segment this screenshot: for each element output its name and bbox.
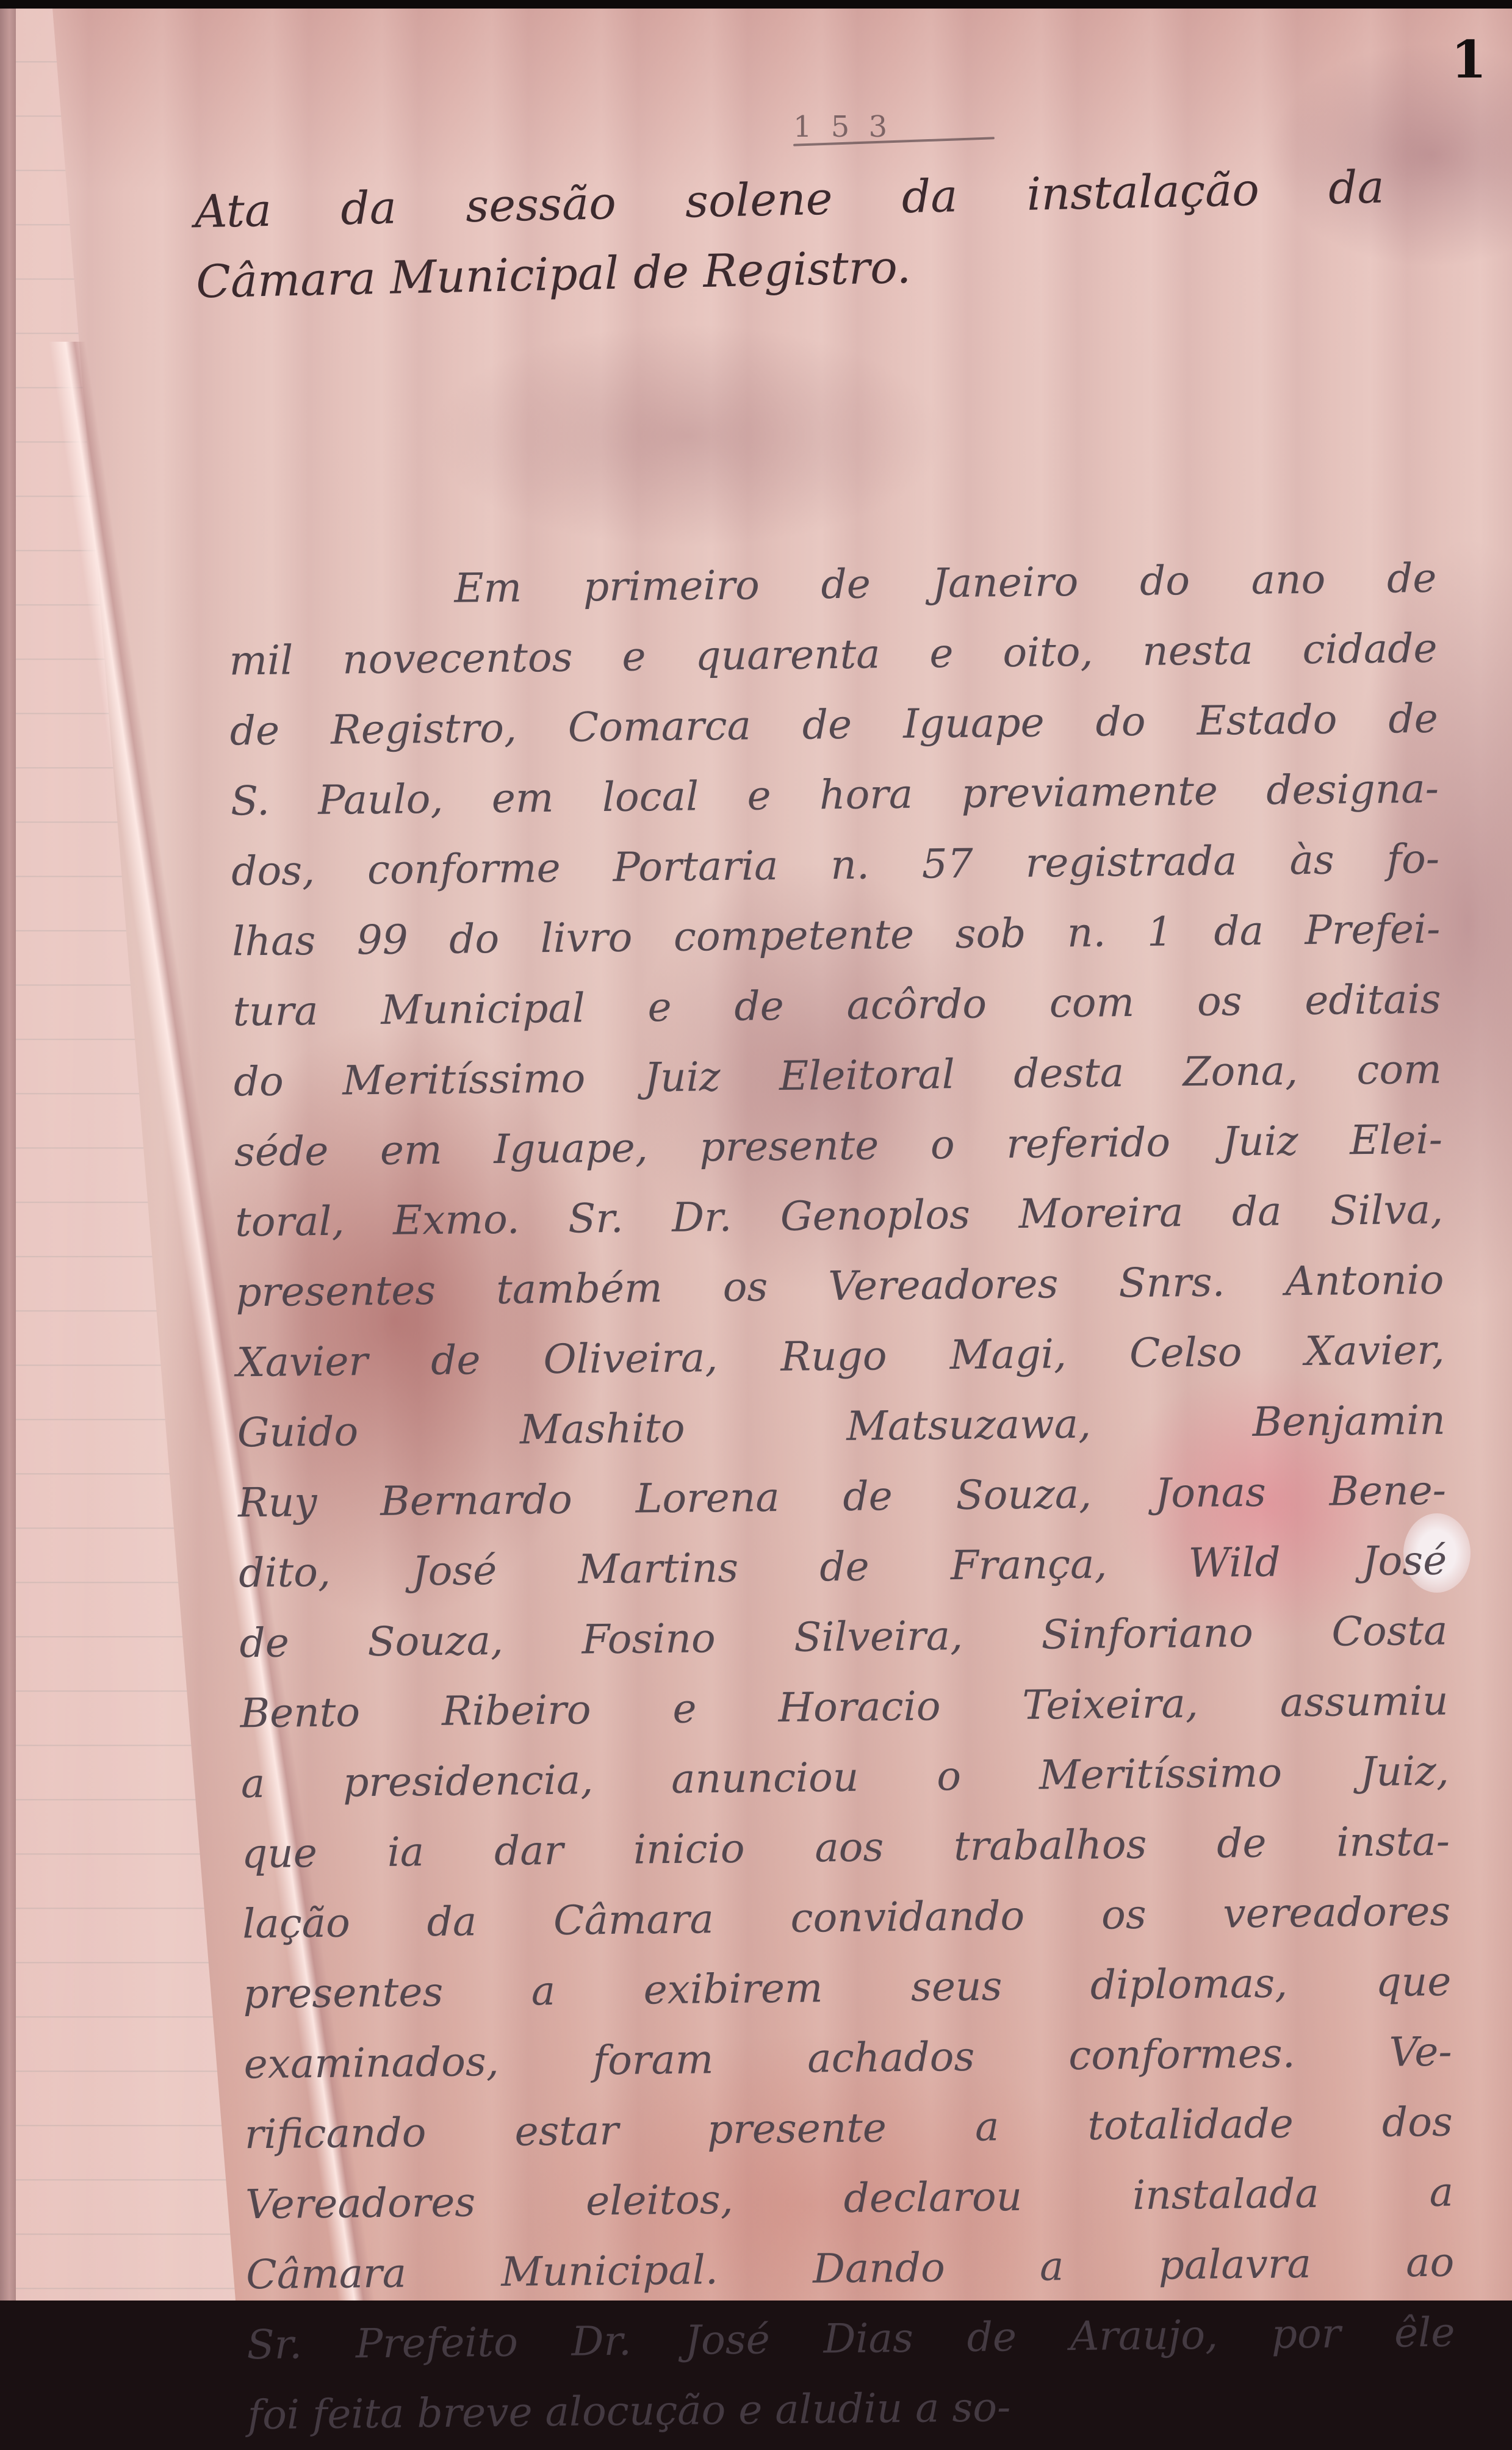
body-line: Câmara Municipal. Dando a palavra ao: [246, 2227, 1455, 2300]
body-line: séde em Iguape, presente o referido Juiz…: [234, 1104, 1442, 1187]
body-line: presentes também os Vereadores Snrs. Ant…: [236, 1245, 1444, 1328]
body-line: S. Paulo, em local e hora previamente de…: [230, 754, 1439, 837]
body-line: mil novecentos e quarenta e oito, nesta …: [229, 613, 1438, 696]
body-line: Guido Mashito Matsuzawa, Benjamin: [237, 1385, 1445, 1468]
body-line: examinados, foram achados conformes. Ve-: [243, 2017, 1452, 2100]
body-line: dos, conforme Portaria n. 57 registrada …: [231, 824, 1440, 907]
body-line: rificando estar presente a totalidade do…: [244, 2087, 1453, 2170]
body-line: de Souza, Fosino Silveira, Sinforiano Co…: [239, 1596, 1448, 1679]
body-line: dito, José Martins de França, Wild José: [239, 1526, 1447, 1609]
body-line: lação da Câmara convidando os vereadores: [242, 1876, 1451, 1959]
body-line: do Meritíssimo Juiz Eleitoral desta Zona…: [233, 1034, 1442, 1117]
body-line: que ia dar inicio aos trabalhos de insta…: [241, 1806, 1450, 1889]
document-scan: 1 1 5 3 Ata da sessão solene da instalaç…: [0, 0, 1512, 2300]
document-title: Ata da sessão solene da instalação da Câ…: [194, 153, 1386, 318]
page-number: 1: [1451, 29, 1486, 90]
body-line: a presidencia, anunciou o Meritíssimo Ju…: [240, 1736, 1449, 1819]
body-line: Xavier de Oliveira, Rugo Magi, Celso Xav…: [236, 1315, 1445, 1398]
body-line: Vereadores eleitos, declarou instalada a: [245, 2157, 1453, 2240]
folio-mark: 1 5 3: [793, 110, 1013, 146]
body-line: tura Municipal e de acôrdo com os editai…: [232, 964, 1441, 1047]
body-line: de Registro, Comarca de Iguape do Estado…: [229, 683, 1438, 766]
scan-top-border: [0, 0, 1512, 9]
document-body: Em primeiro de Janeiro do ano de mil nov…: [228, 543, 1456, 2300]
body-line: toral, Exmo. Sr. Dr. Genoplos Moreira da…: [235, 1175, 1444, 1258]
binding-spine: [0, 9, 16, 2300]
body-line: lhas 99 do livro competente sob n. 1 da …: [232, 894, 1441, 977]
body-line: Ruy Bernardo Lorena de Souza, Jonas Bene…: [237, 1455, 1446, 1538]
body-line: Bento Ribeiro e Horacio Teixeira, assumi…: [240, 1666, 1449, 1749]
body-line: Em primeiro de Janeiro do ano de: [228, 543, 1437, 626]
body-line: presentes a exibirem seus diplomas, que: [243, 1947, 1452, 2030]
